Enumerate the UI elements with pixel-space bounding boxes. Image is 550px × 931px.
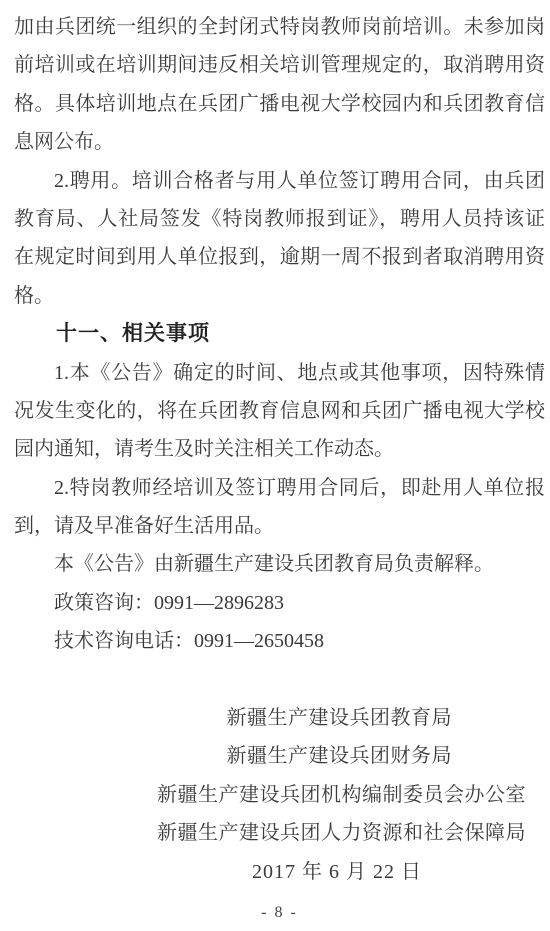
interpretation-line: 本《公告》由新疆生产建设兵团教育局负责解释。	[14, 545, 545, 583]
signature-line: 新疆生产建设兵团机构编制委员会办公室	[14, 776, 545, 814]
signature-line: 新疆生产建设兵团教育局	[14, 699, 545, 737]
signature-line: 新疆生产建设兵团财务局	[14, 737, 545, 775]
body-line: 况发生变化的，将在兵团教育信息网和兵团广播电视大学校	[14, 392, 545, 430]
body-line: 加由兵团统一组织的全封闭式特岗教师岗前培训。未参加岗	[14, 8, 545, 46]
body-line: 到，请及早准备好生活用品。	[14, 507, 545, 545]
body-line: 1.本《公告》确定的时间、地点或其他事项，因特殊情	[14, 354, 545, 392]
policy-phone-line: 政策咨询：0991—2896283	[14, 584, 545, 622]
body-line: 2.特岗教师经培训及签订聘用合同后，即赴用人单位报	[14, 469, 545, 507]
body-line: 2.聘用。培训合格者与用人单位签订聘用合同，由兵团	[14, 162, 545, 200]
body-line: 格。具体培训地点在兵团广播电视大学校园内和兵团教育信	[14, 85, 545, 123]
section-heading: 十一、相关事项	[14, 315, 545, 353]
body-line: 教育局、人社局签发《特岗教师报到证》，聘用人员持该证	[14, 200, 545, 238]
date-line: 2017 年 6 月 22 日	[14, 853, 545, 891]
body-line: 息网公布。	[14, 123, 545, 161]
body-line: 在规定时间到用人单位报到，逾期一周不报到者取消聘用资	[14, 238, 545, 276]
body-line: 园内通知，请考生及时关注相关工作动态。	[14, 430, 545, 468]
body-line: 格。	[14, 277, 545, 315]
tech-phone-line: 技术咨询电话：0991—2650458	[14, 622, 545, 660]
document-page: 加由兵团统一组织的全封闭式特岗教师岗前培训。未参加岗 前培训或在培训期间违反相关…	[0, 0, 550, 931]
blank-line	[14, 661, 545, 699]
page-number: - 8 -	[14, 903, 545, 923]
body-line: 前培训或在培训期间违反相关培训管理规定的，取消聘用资	[14, 46, 545, 84]
signature-line: 新疆生产建设兵团人力资源和社会保障局	[14, 814, 545, 852]
